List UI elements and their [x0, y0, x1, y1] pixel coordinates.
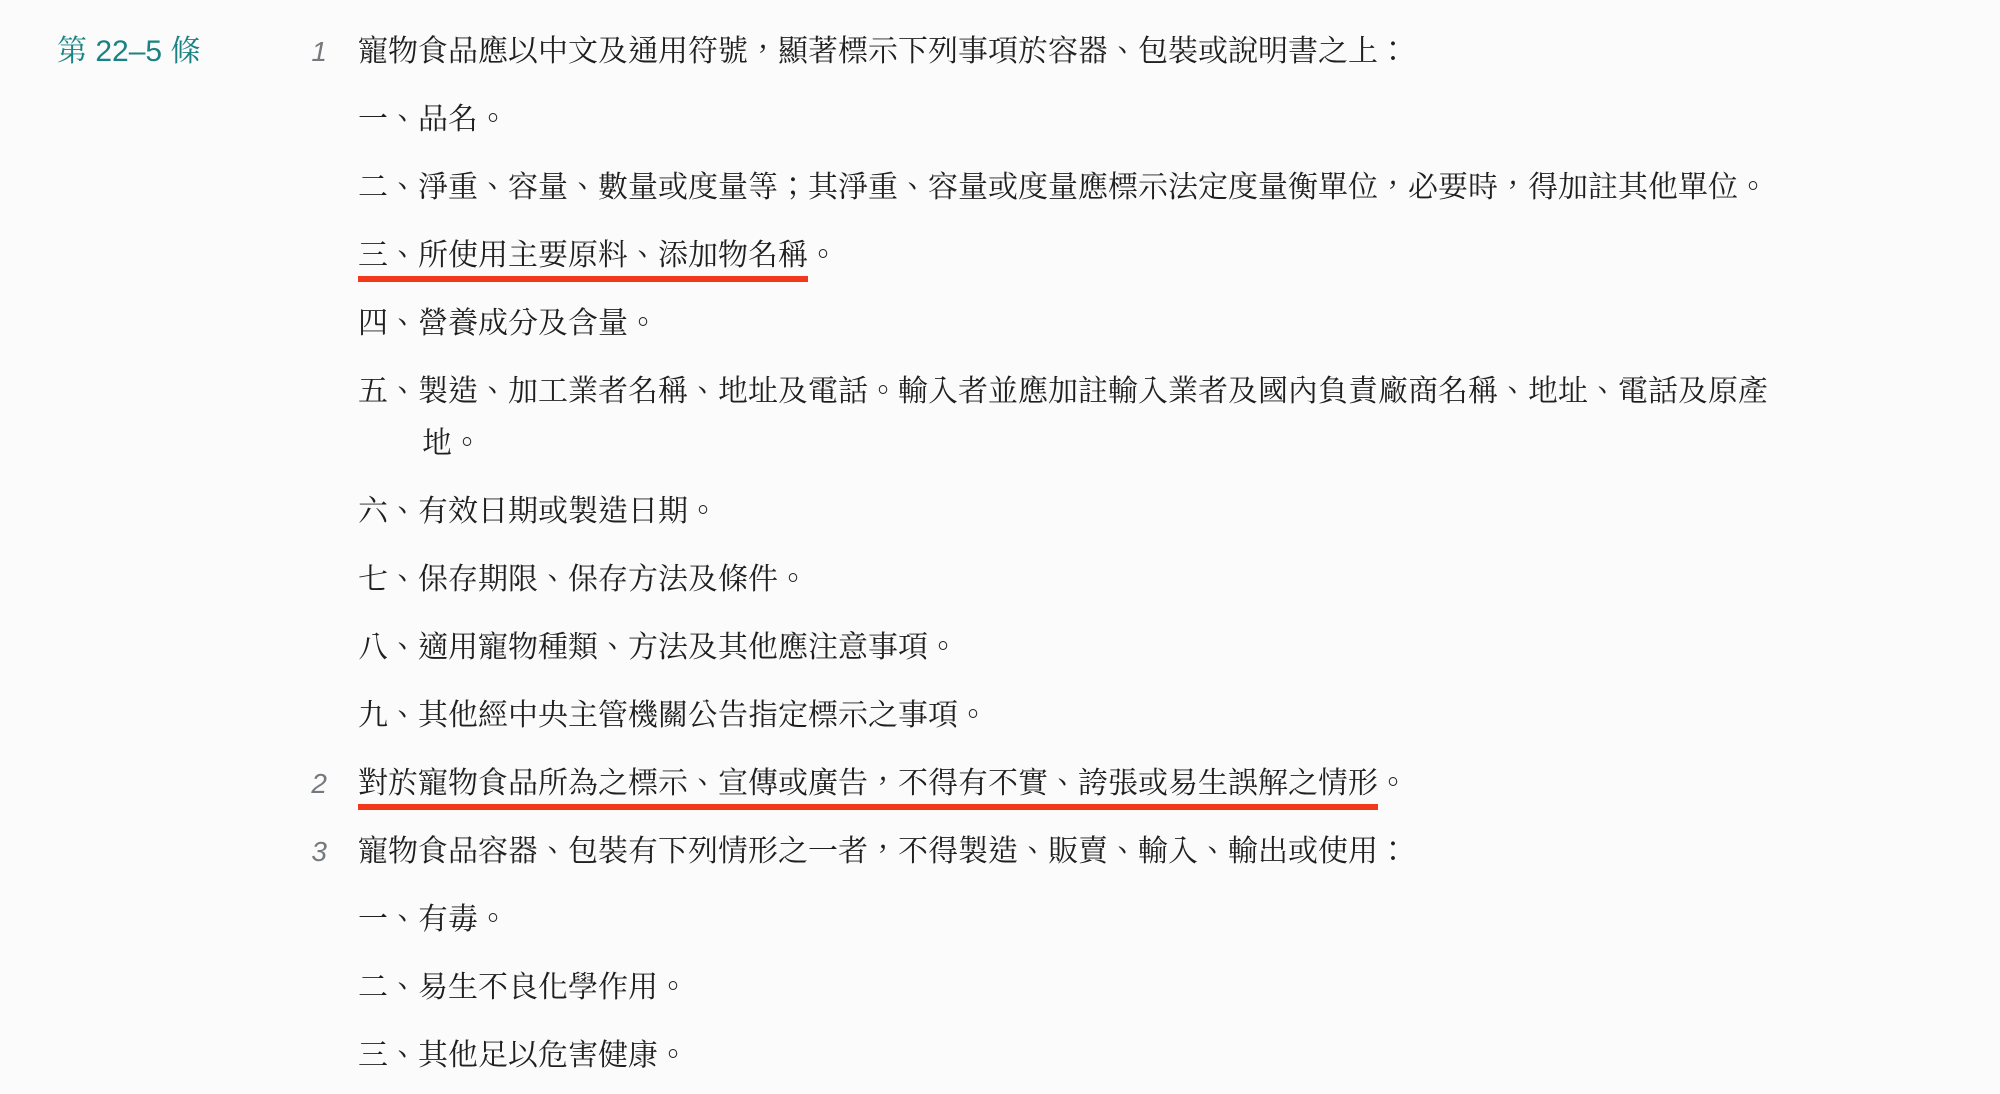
red-underlined-text: 對於寵物食品所為之標示、宣傳或廣告，不得有不實、誇張或易生誤解之情形: [358, 767, 1378, 810]
list-item: 二、易生不良化學作用。: [358, 962, 1818, 1014]
list-item: 四、營養成分及含量。: [358, 298, 1818, 350]
paragraph-text: 寵物食品應以中文及通用符號，顯著標示下列事項於容器、包裝或說明書之上：: [358, 26, 1818, 78]
paragraph-list: 1寵物食品應以中文及通用符號，顯著標示下列事項於容器、包裝或說明書之上：一、品名…: [282, 26, 1818, 1094]
list-item: 六、有效日期或製造日期。: [358, 486, 1818, 538]
law-article: 第 22–5 條 1寵物食品應以中文及通用符號，顯著標示下列事項於容器、包裝或說…: [0, 0, 2000, 1094]
paragraph-number: 3: [282, 826, 358, 1094]
paragraph-body: 寵物食品容器、包裝有下列情形之一者，不得製造、販賣、輸入、輸出或使用：一、有毒。…: [358, 826, 1818, 1094]
paragraph-3: 3寵物食品容器、包裝有下列情形之一者，不得製造、販賣、輸入、輸出或使用：一、有毒…: [282, 826, 1818, 1094]
text-after-underline: 。: [1378, 767, 1408, 800]
paragraph-2: 2對於寵物食品所為之標示、宣傳或廣告，不得有不實、誇張或易生誤解之情形。: [282, 758, 1818, 826]
paragraph-body: 對於寵物食品所為之標示、宣傳或廣告，不得有不實、誇張或易生誤解之情形。: [358, 758, 1818, 826]
list-item: 三、其他足以危害健康。: [358, 1030, 1818, 1082]
red-underlined-text: 三、所使用主要原料、添加物名稱: [358, 239, 808, 282]
paragraph-body: 寵物食品應以中文及通用符號，顯著標示下列事項於容器、包裝或說明書之上：一、品名。…: [358, 26, 1818, 758]
paragraph-1: 1寵物食品應以中文及通用符號，顯著標示下列事項於容器、包裝或說明書之上：一、品名…: [282, 26, 1818, 758]
paragraph-number: 1: [282, 26, 358, 758]
list-item: 一、品名。: [358, 94, 1818, 146]
list-item: 九、其他經中央主管機關公告指定標示之事項。: [358, 690, 1818, 742]
text-after-underline: 。: [808, 239, 838, 272]
paragraph-number: 2: [282, 758, 358, 826]
list-item: 五、製造、加工業者名稱、地址及電話。輸入者並應加註輸入業者及國內負責廠商名稱、地…: [358, 366, 1818, 470]
list-item: 八、適用寵物種類、方法及其他應注意事項。: [358, 622, 1818, 674]
paragraph-text: 寵物食品容器、包裝有下列情形之一者，不得製造、販賣、輸入、輸出或使用：: [358, 826, 1818, 878]
article-number-link[interactable]: 第 22–5 條: [57, 26, 282, 1094]
paragraph-text: 對於寵物食品所為之標示、宣傳或廣告，不得有不實、誇張或易生誤解之情形。: [358, 758, 1818, 810]
list-item: 三、所使用主要原料、添加物名稱。: [358, 230, 1818, 282]
list-item: 二、淨重、容量、數量或度量等；其淨重、容量或度量應標示法定度量衡單位，必要時，得…: [358, 162, 1818, 214]
list-item: 一、有毒。: [358, 894, 1818, 946]
list-item: 七、保存期限、保存方法及條件。: [358, 554, 1818, 606]
